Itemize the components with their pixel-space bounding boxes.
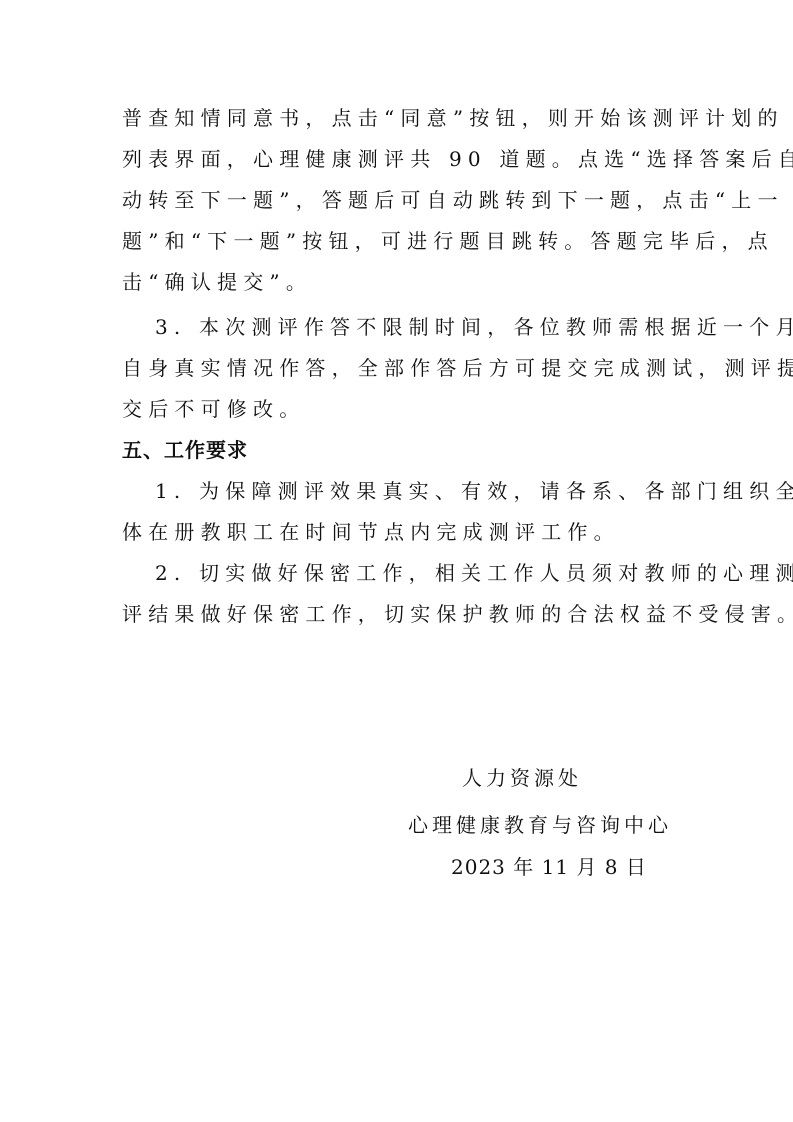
requirement-2-text-line: 评结果做好保密工作，切实保护教师的合法权益不受侵害。	[122, 602, 682, 626]
requirement-2-text-line: 2. 切实做好保密工作，相关工作人员须对教师的心理测	[155, 561, 715, 585]
body-text-line: 题”和“下一题”按钮，可进行题目跳转。答题完毕后，点	[122, 229, 682, 253]
signature-department: 人力资源处	[462, 766, 582, 790]
section-heading: 五、工作要求	[122, 438, 682, 462]
requirement-1-text-line: 1. 为保障测评效果真实、有效，请各系、各部门组织全	[155, 479, 715, 503]
body-text-line: 动转至下一题”，答题后可自动跳转到下一题，点击“上一	[122, 188, 682, 212]
document-page: 普查知情同意书，点击“同意”按钮，则开始该测评计划的 列表界面，心理健康测评共 …	[0, 0, 793, 1122]
signature-center: 心理健康教育与咨询中心	[408, 813, 672, 837]
item-3-text-line: 自身真实情况作答，全部作答后方可提交完成测试，测评提	[122, 356, 682, 380]
body-text-line: 列表界面，心理健康测评共 90 道题。点选“选择答案后自	[122, 147, 682, 171]
item-3-text-line: 3. 本次测评作答不限制时间，各位教师需根据近一个月	[155, 315, 715, 339]
item-3-text-line: 交后不可修改。	[122, 397, 682, 421]
signature-date: 2023 年 11 月 8 日	[451, 855, 647, 879]
body-text-line: 击“确认提交”。	[122, 270, 682, 294]
requirement-1-text-line: 体在册教职工在时间节点内完成测评工作。	[122, 520, 682, 544]
body-text-line: 普查知情同意书，点击“同意”按钮，则开始该测评计划的	[122, 106, 682, 130]
